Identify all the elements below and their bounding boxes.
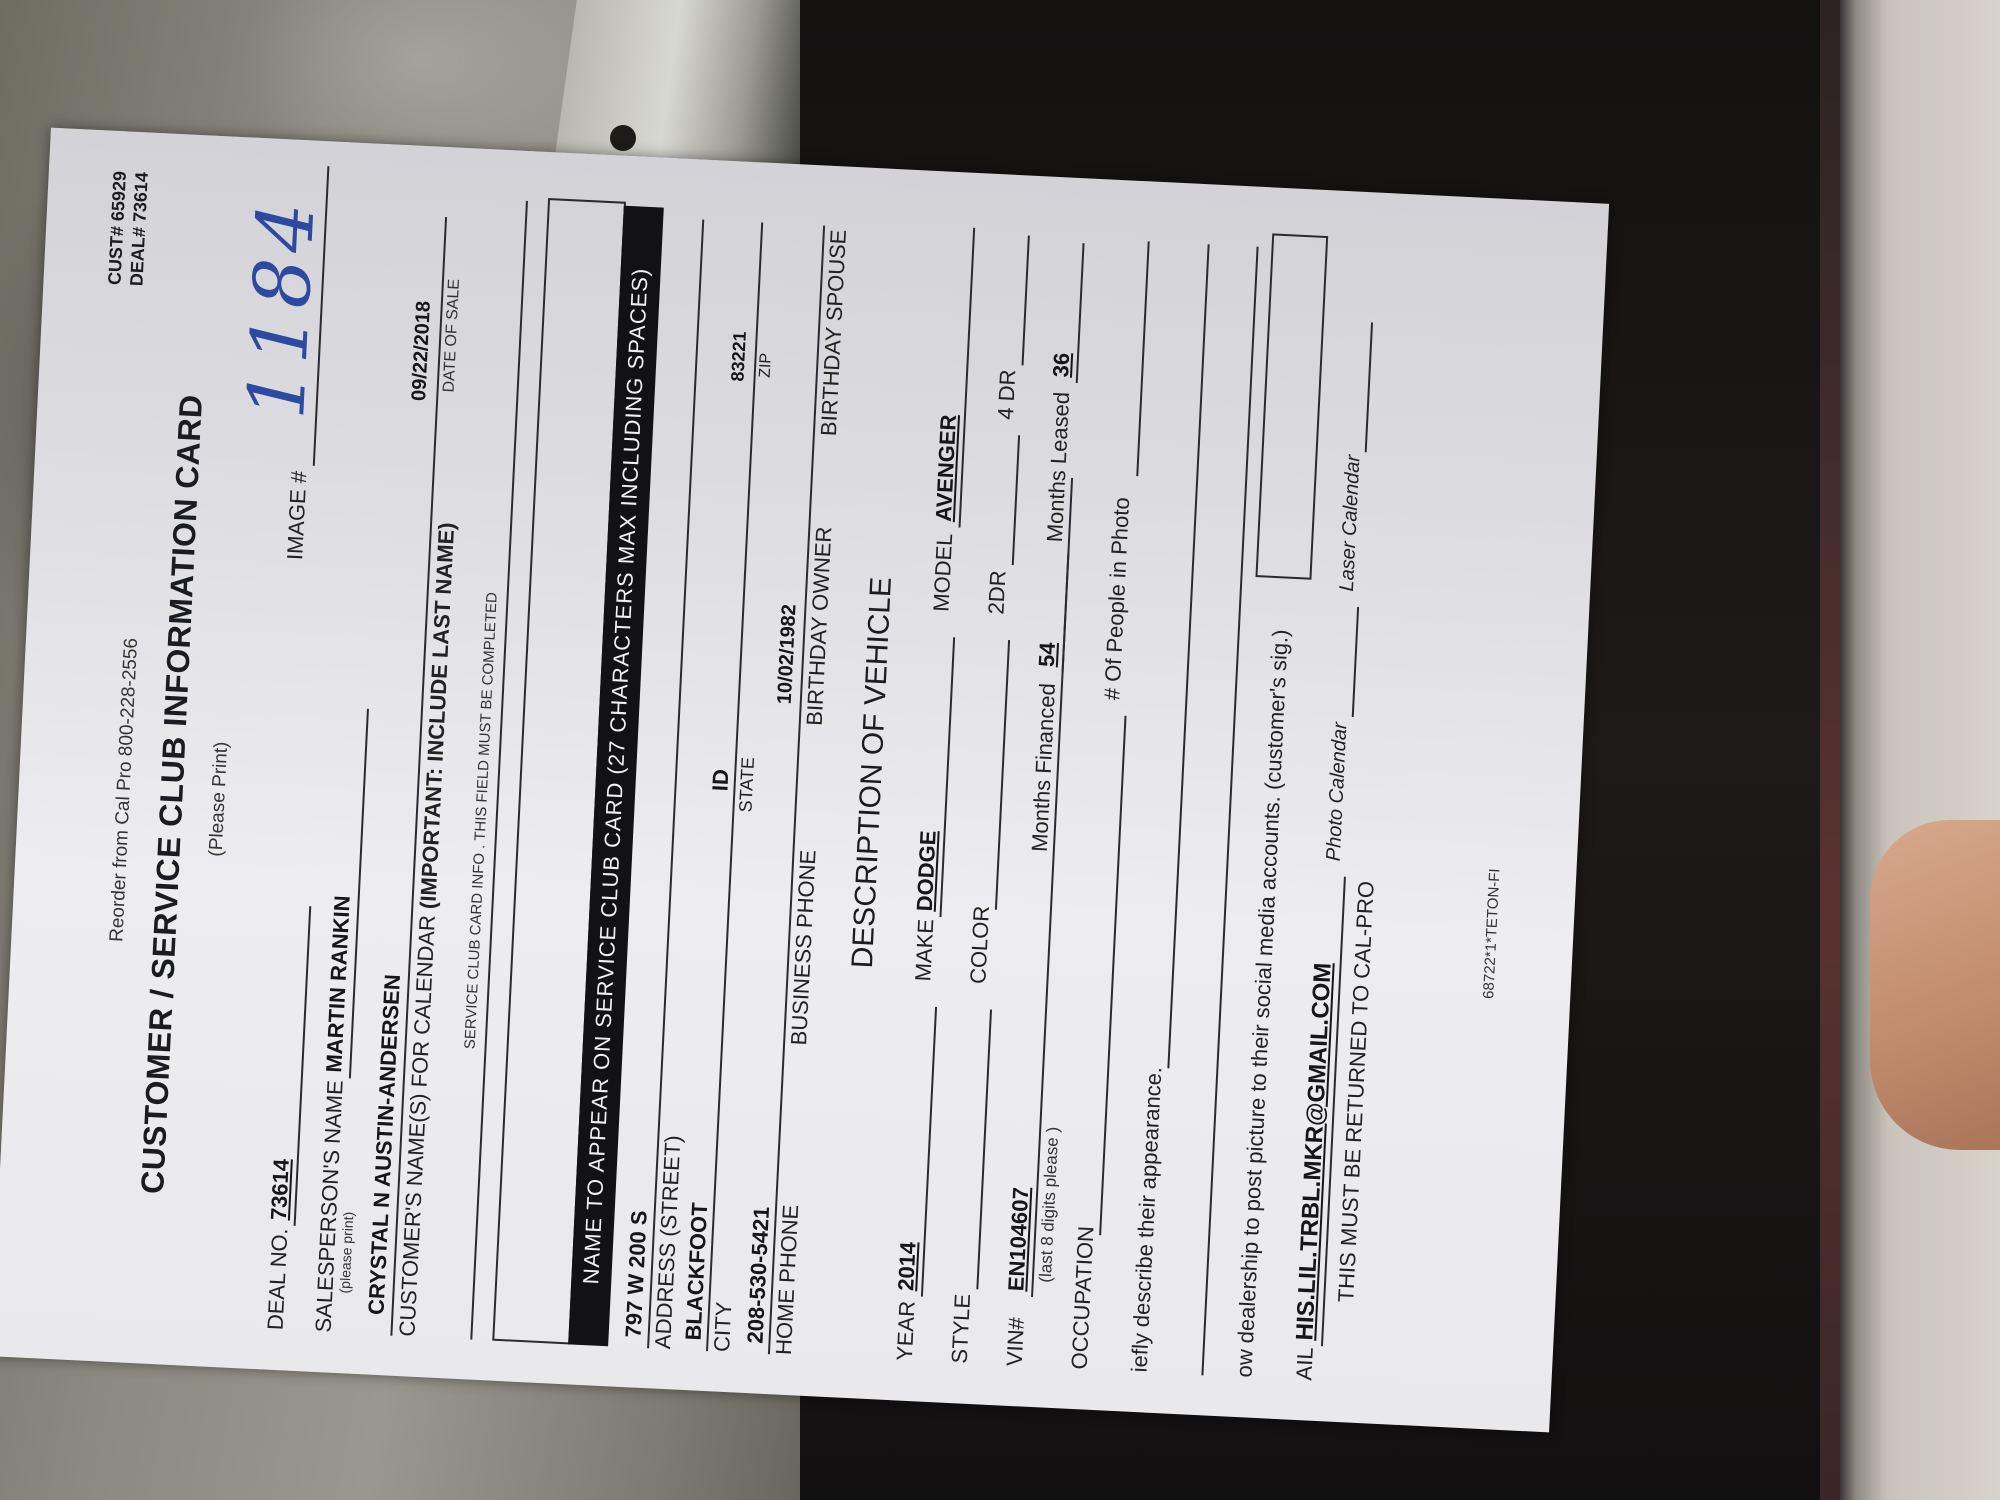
deal-no-label: DEAL NO. [263, 1228, 294, 1331]
email-label: AIL [1291, 1347, 1319, 1381]
color-label: COLOR [965, 905, 995, 984]
laser-calendar-line [1365, 322, 1373, 452]
birthday-owner-value[interactable]: 10/02/1982 [774, 604, 802, 705]
metal-hole [610, 125, 636, 151]
salesperson-sublabel: (please print) [336, 1211, 356, 1293]
two-dr-line [1012, 435, 1020, 565]
model-label: MODEL [928, 533, 958, 612]
cust-no-label: CUST# [104, 226, 127, 286]
zip-value[interactable]: 83221 [727, 331, 750, 382]
date-of-sale-value[interactable]: 09/22/2018 [408, 300, 436, 401]
image-no-value[interactable]: 1184 [232, 195, 333, 422]
ids-block: CUST# 65929 DEAL# 73614 [103, 171, 153, 287]
hand [1870, 820, 2000, 1150]
form-code: 68722*1*TETON-FI [1480, 868, 1503, 999]
occupation-label: OCCUPATION [1067, 1225, 1100, 1370]
customer-signature-box[interactable] [1255, 233, 1328, 579]
state-label: STATE [735, 757, 759, 813]
four-dr-label: 4 DR [993, 369, 1021, 420]
salesperson-label: SALESPERSON'S NAME [310, 1080, 348, 1333]
year-label: YEAR [892, 1300, 921, 1361]
describe-label: iefly describe their appearance. [1126, 1066, 1167, 1373]
make-value[interactable]: DODGE [912, 830, 942, 912]
zip-label: ZIP [757, 353, 776, 379]
vin-label: VIN# [1002, 1317, 1030, 1367]
date-of-sale-label: DATE OF SALE [441, 279, 465, 393]
floor-surface [1840, 0, 2000, 1500]
model-line [959, 228, 976, 528]
social-media-text: ow dealership to post picture to their s… [1231, 629, 1294, 1378]
customer-info-card: CUST# 65929 DEAL# 73614 Reorder from Cal… [0, 128, 1609, 1433]
phone-line [768, 225, 825, 1354]
state-value[interactable]: ID [707, 769, 734, 792]
make-label: MAKE [910, 918, 939, 982]
two-dr-label: 2DR [983, 570, 1011, 615]
form-subtitle: (Please Print) [206, 741, 234, 857]
deal-no-top-value: 73614 [129, 172, 151, 223]
year-line [921, 1007, 937, 1297]
people-in-photo-label: # Of People in Photo [1099, 497, 1135, 701]
months-leased-value[interactable]: 36 [1048, 352, 1075, 378]
describe-line [1167, 244, 1209, 1068]
customer-name-label: CUSTOMER'S NAME(S) FOR CALENDAR (IMPORTA… [394, 522, 460, 1337]
style-line [976, 1010, 992, 1290]
people-in-photo-line [1136, 241, 1149, 476]
vin-value[interactable]: EN104607 [1003, 1187, 1034, 1292]
months-financed-line [1062, 553, 1070, 673]
form-title: CUSTOMER / SERVICE CLUB INFORMATION CARD [134, 393, 210, 1194]
image-no-label: IMAGE # [282, 470, 312, 560]
occupation-line [1099, 716, 1126, 1235]
deal-no-line [294, 906, 312, 1226]
model-value[interactable]: AVENGER [931, 414, 962, 522]
salesperson-line [349, 709, 369, 1079]
laser-calendar-label: Laser Calendar [1336, 454, 1366, 592]
reorder-text: Reorder from Cal Pro 800-228-2556 [106, 637, 143, 942]
color-line [995, 640, 1010, 910]
months-financed-value[interactable]: 54 [1034, 642, 1061, 668]
deal-no-value[interactable]: 73614 [266, 1158, 295, 1220]
year-value[interactable]: 2014 [893, 1241, 921, 1291]
deal-no-top-label: DEAL# [126, 227, 149, 287]
months-leased-line [1076, 243, 1085, 383]
city-label: CITY [709, 1301, 737, 1352]
four-dr-line [1022, 235, 1030, 365]
make-line [939, 637, 955, 917]
photo-calendar-line [1352, 607, 1359, 717]
cust-no-value: 65929 [108, 171, 130, 222]
vehicle-section-title: DESCRIPTION OF VEHICLE [846, 576, 899, 969]
style-label: STYLE [947, 1293, 976, 1364]
photo-calendar-label: Photo Calendar [1323, 722, 1353, 862]
